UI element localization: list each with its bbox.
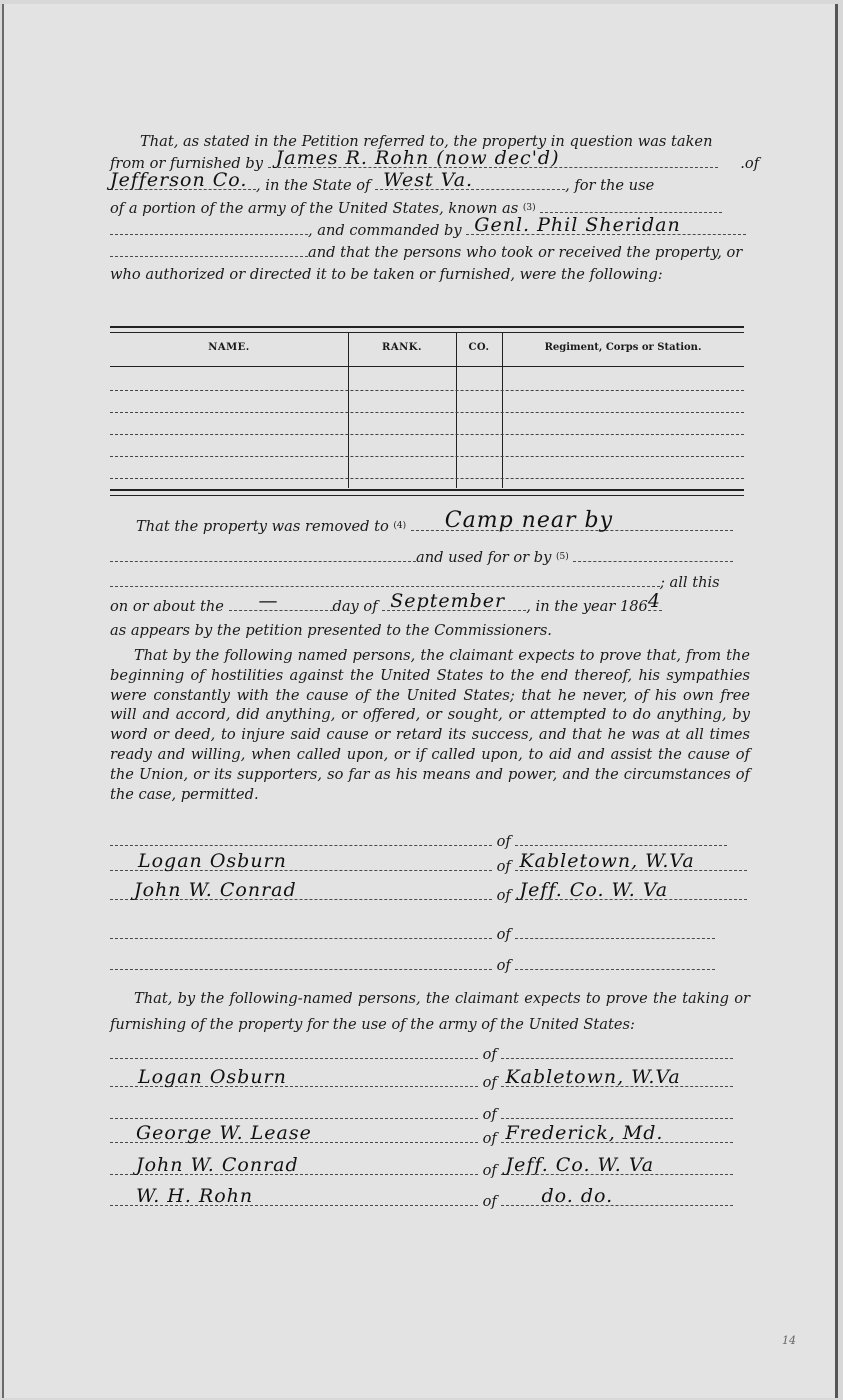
witness-place-field: do. do.	[501, 1193, 733, 1206]
table-row	[110, 456, 744, 457]
witness-name-field: Logan Osburn	[110, 858, 492, 871]
table-divider	[502, 332, 503, 488]
witness-place-field: Frederick, Md.	[501, 1130, 733, 1143]
army-known-as-field	[540, 200, 722, 213]
witness-name-field: John W. Conrad	[110, 887, 492, 900]
column-header-name: NAME.	[110, 342, 348, 353]
witness-name: John W. Conrad	[134, 880, 297, 900]
label-were-the-following: who authorized or directed it to be take…	[110, 266, 663, 283]
table-row	[110, 434, 744, 435]
witness-place-field	[515, 957, 715, 970]
list-item: W. H. Rohn of do. do.	[110, 1192, 750, 1212]
table-row	[110, 390, 744, 391]
state-value: West Va.	[383, 170, 473, 190]
removal-line-5: as appears by the petition presented to …	[110, 621, 750, 641]
loyalty-paragraph: That by the following named persons, the…	[110, 646, 750, 804]
label-all-this: ; all this	[660, 574, 720, 591]
list-item: of	[110, 832, 750, 852]
margin-pencil-note: 14	[782, 1334, 796, 1347]
county-field: Jefferson Co.	[110, 177, 256, 190]
label-of: of	[497, 833, 511, 850]
column-header-rank: RANK.	[348, 342, 456, 353]
commander-field: Genl. Phil Sheridan	[466, 222, 746, 235]
list-item: John W. Conrad of Jeff. Co. W. Va	[110, 1161, 750, 1181]
label-known-as: of a portion of the army of the United S…	[110, 200, 518, 217]
witness-name-field	[110, 1106, 478, 1119]
witness-place-field: Jeff. Co. W. Va	[515, 887, 747, 900]
label-of: of	[497, 926, 511, 943]
witness-name-field	[110, 957, 492, 970]
year-field: 4	[648, 598, 662, 611]
label-used-by: and used for or by	[416, 549, 551, 566]
footnote-3: (3)	[523, 203, 536, 213]
witness-place-field	[501, 1106, 733, 1119]
removed-to-continued	[110, 549, 416, 562]
table-top-rule	[110, 326, 744, 333]
witness-place: Jeff. Co. W. Va	[519, 880, 668, 900]
witness-name: Logan Osburn	[138, 851, 287, 871]
label-on-or-about: on or about the	[110, 598, 224, 615]
witness-name-field	[110, 926, 492, 939]
label-of: of	[483, 1074, 497, 1091]
label-of: of	[483, 1130, 497, 1147]
intro-line-7: who authorized or directed it to be take…	[110, 265, 750, 285]
list-item: George W. Lease of Frederick, Md.	[110, 1129, 750, 1149]
used-by-continued	[110, 574, 660, 587]
header-underline	[110, 366, 744, 367]
list-item: Logan Osburn of Kabletown, W.Va	[110, 857, 750, 877]
witness-name: George W. Lease	[136, 1123, 312, 1143]
witness-name-field: John W. Conrad	[110, 1162, 478, 1175]
day-field: —	[229, 598, 333, 611]
table-bottom-rule	[110, 489, 744, 496]
label-for-the-use: , for the use	[565, 177, 654, 194]
label-day-of: day of	[333, 598, 378, 615]
witness-place-field: Jeff. Co. W. Va	[501, 1162, 733, 1175]
label-of: of	[497, 887, 511, 904]
table-divider	[456, 332, 457, 488]
month-field: September	[382, 598, 526, 611]
witness-place: Kabletown, W.Va	[519, 851, 694, 871]
document-page: That, as stated in the Petition referred…	[2, 4, 838, 1398]
list-item: of	[110, 956, 750, 976]
removal-line-2: and used for or by (5)	[110, 547, 750, 568]
witness-place: Jeff. Co. W. Va	[505, 1155, 654, 1175]
witness-place-field: Kabletown, W.Va	[501, 1074, 733, 1087]
label-of: of	[483, 1106, 497, 1123]
claimant-name-field: James R. Rohn (now dec'd)	[268, 155, 718, 168]
removed-to-value: Camp near by	[419, 511, 613, 531]
persons-table: NAME. RANK. CO. Regiment, Corps or Stati…	[110, 326, 744, 496]
label-petition-presented: as appears by the petition presented to …	[110, 622, 552, 639]
label-in-the-year: , in the year 186	[526, 598, 648, 615]
witness-name: Logan Osburn	[138, 1067, 287, 1087]
witness-name-field	[110, 1046, 478, 1059]
commander-value: Genl. Phil Sheridan	[474, 215, 680, 235]
witness-name-field	[110, 833, 492, 846]
witness-place-field	[501, 1046, 733, 1059]
list-item: of	[110, 925, 750, 945]
intro-line-5: , and commanded by Genl. Phil Sheridan	[110, 221, 750, 241]
witness-place: Frederick, Md.	[505, 1123, 663, 1143]
table-row	[110, 478, 744, 479]
label-commanded-by: , and commanded by	[308, 222, 462, 239]
label-of: of	[483, 1162, 497, 1179]
list-item: of	[110, 1045, 750, 1065]
label-of: of	[497, 858, 511, 875]
list-item: John W. Conrad of Jeff. Co. W. Va	[110, 886, 750, 906]
witness-place-field: Kabletown, W.Va	[515, 858, 747, 871]
removal-line-1: That the property was removed to (4) Cam…	[110, 516, 750, 537]
state-field: West Va.	[375, 177, 565, 190]
footnote-5: (5)	[556, 552, 569, 562]
removed-to-field: Camp near by	[411, 518, 733, 531]
label-removed-to: That the property was removed to	[136, 518, 389, 535]
army-known-as-continued	[110, 222, 308, 235]
witness-name-field: George W. Lease	[110, 1130, 478, 1143]
witness-name-field: Logan Osburn	[110, 1074, 478, 1087]
label-of: of	[483, 1046, 497, 1063]
month-value: September	[390, 591, 505, 611]
claimant-name: James R. Rohn (now dec'd)	[276, 148, 560, 168]
county-value: Jefferson Co.	[110, 170, 247, 190]
year-value: 4	[648, 591, 661, 611]
witness-place-field	[515, 833, 727, 846]
footnote-4: (4)	[393, 521, 406, 531]
intro-line-6: and that the persons who took or receive…	[110, 243, 750, 263]
label-state-of: , in the State of	[256, 177, 370, 194]
witness-place: do. do.	[541, 1186, 613, 1206]
witness-name: W. H. Rohn	[136, 1186, 253, 1206]
commander-continued	[110, 244, 308, 257]
witness-place-field	[515, 926, 715, 939]
witness-place: Kabletown, W.Va	[505, 1067, 680, 1087]
table-row	[110, 412, 744, 413]
day-value: —	[259, 591, 279, 611]
removal-line-4: on or about the — day of September , in …	[110, 597, 750, 617]
column-header-regiment: Regiment, Corps or Station.	[502, 342, 744, 353]
intro-line-3: Jefferson Co. , in the State of West Va.…	[110, 176, 750, 196]
label-of: of	[497, 957, 511, 974]
label-persons-who-took: and that the persons who took or receive…	[308, 244, 742, 261]
taking-paragraph: That, by the following-named persons, th…	[110, 986, 750, 1038]
label-of: of	[483, 1193, 497, 1210]
witness-name-field: W. H. Rohn	[110, 1193, 478, 1206]
label-of: .of	[740, 155, 759, 172]
table-divider	[348, 332, 349, 488]
column-header-co: CO.	[456, 342, 502, 353]
witness-name: John W. Conrad	[136, 1155, 299, 1175]
list-item: Logan Osburn of Kabletown, W.Va	[110, 1073, 750, 1093]
used-by-field	[573, 549, 733, 562]
